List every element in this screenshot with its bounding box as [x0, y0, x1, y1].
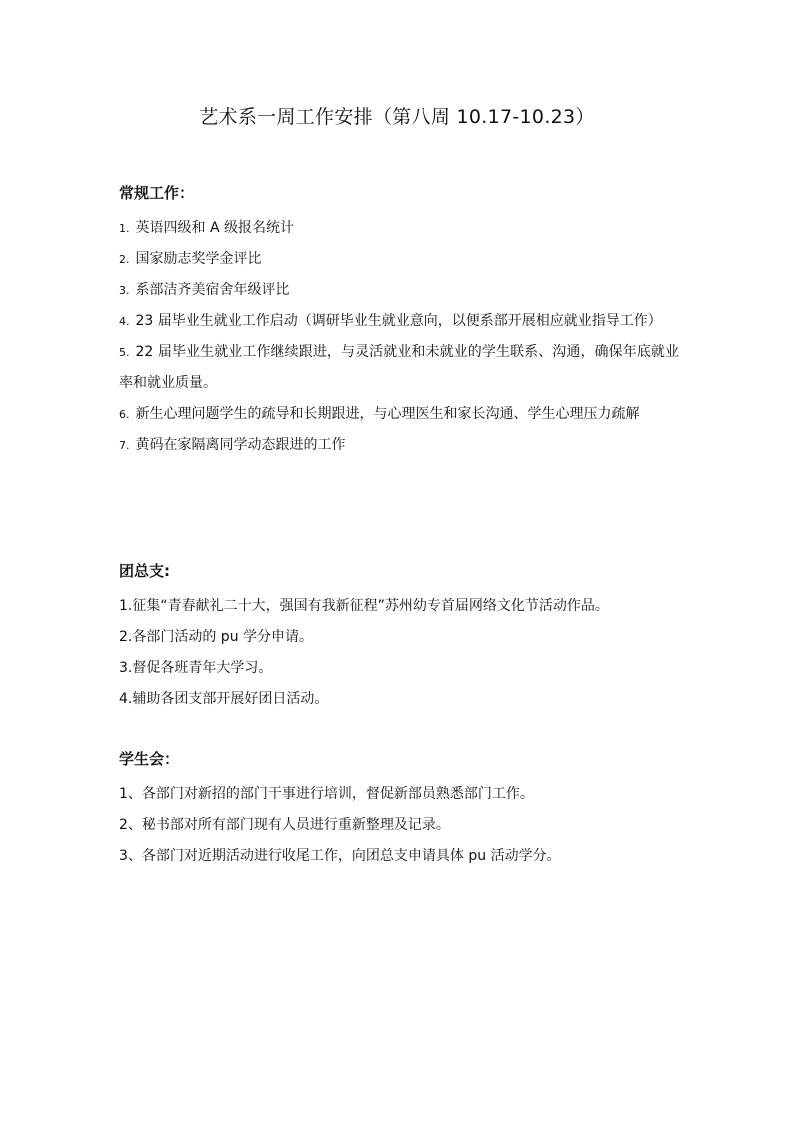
item-text: 23 届毕业生就业工作启动（调研毕业生就业意向，以便系部开展相应就业指导工作） [136, 313, 662, 329]
item-text: 秘书部对所有部门现有人员进行重新整理及记录。 [142, 817, 450, 833]
list-item: 6.新生心理问题学生的疏导和长期跟进，与心理医生和家长沟通、学生心理压力疏解 [119, 399, 679, 430]
section-youth-league: 团总支: 1.征集“青春献礼二十大，强国有我新征程”苏州幼专首届网络文化节活动作… [119, 561, 679, 715]
section-heading: 常规工作： [119, 183, 679, 203]
item-number: 4. [119, 306, 130, 337]
item-text: 新生心理问题学生的疏导和长期跟进，与心理医生和家长沟通、学生心理压力疏解 [136, 406, 640, 422]
item-text: 国家励志奖学金评比 [136, 251, 262, 267]
list-item: 4.23 届毕业生就业工作启动（调研毕业生就业意向，以便系部开展相应就业指导工作… [119, 306, 679, 337]
item-text: 英语四级和 A 级报名统计 [136, 220, 294, 236]
item-number: 3、 [119, 841, 142, 872]
list-item: 3.督促各班青年大学习。 [119, 653, 679, 684]
section-regular-work: 常规工作： 1.英语四级和 A 级报名统计 2.国家励志奖学金评比 3.系部洁齐… [119, 183, 679, 461]
list-item: 2、秘书部对所有部门现有人员进行重新整理及记录。 [119, 810, 679, 841]
item-number: 7. [119, 430, 130, 461]
section-heading: 学生会： [119, 749, 679, 769]
document-page: 艺术系一周工作安排（第八周 10.17-10.23） 常规工作： 1.英语四级和… [0, 0, 794, 1123]
item-number: 3. [119, 653, 132, 684]
item-text: 各部门对新招的部门干事进行培训，督促新部员熟悉部门工作。 [142, 786, 534, 802]
list-item: 1.征集“青春献礼二十大，强国有我新征程”苏州幼专首届网络文化节活动作品。 [119, 591, 679, 622]
item-text: 各部门活动的 pu 学分申请。 [132, 629, 313, 645]
item-number: 2. [119, 622, 132, 653]
list-item: 1.英语四级和 A 级报名统计 [119, 213, 679, 244]
item-text: 征集“青春献礼二十大，强国有我新征程”苏州幼专首届网络文化节活动作品。 [132, 598, 609, 614]
item-text: 辅助各团支部开展好团日活动。 [132, 691, 328, 707]
item-number: 5. [119, 337, 130, 368]
item-number: 1、 [119, 779, 142, 810]
document-title: 艺术系一周工作安排（第八周 10.17-10.23） [0, 104, 794, 130]
list-item: 2.国家励志奖学金评比 [119, 244, 679, 275]
section-heading: 团总支: [119, 561, 679, 581]
item-number: 6. [119, 399, 130, 430]
item-number: 2、 [119, 810, 142, 841]
item-text: 各部门对近期活动进行收尾工作，向团总支申请具体 pu 活动学分。 [142, 848, 561, 864]
list-item: 4.辅助各团支部开展好团日活动。 [119, 684, 679, 715]
list-item: 3.系部洁齐美宿舍年级评比 [119, 275, 679, 306]
item-text: 22 届毕业生就业工作继续跟进，与灵活就业和未就业的学生联系、沟通，确保年底就业… [119, 344, 679, 391]
list-item: 2.各部门活动的 pu 学分申请。 [119, 622, 679, 653]
list-item: 3、各部门对近期活动进行收尾工作，向团总支申请具体 pu 活动学分。 [119, 841, 679, 872]
item-number: 1. [119, 591, 132, 622]
list-item: 1、各部门对新招的部门干事进行培训，督促新部员熟悉部门工作。 [119, 779, 679, 810]
item-text: 系部洁齐美宿舍年级评比 [136, 282, 290, 298]
item-number: 1. [119, 213, 130, 244]
list-item: 5.22 届毕业生就业工作继续跟进，与灵活就业和未就业的学生联系、沟通，确保年底… [119, 337, 679, 399]
item-text: 督促各班青年大学习。 [132, 660, 272, 676]
item-text: 黄码在家隔离同学动态跟进的工作 [136, 437, 346, 453]
list-item: 7.黄码在家隔离同学动态跟进的工作 [119, 430, 679, 461]
item-number: 3. [119, 275, 130, 306]
item-number: 2. [119, 244, 130, 275]
item-number: 4. [119, 684, 132, 715]
section-student-union: 学生会： 1、各部门对新招的部门干事进行培训，督促新部员熟悉部门工作。 2、秘书… [119, 749, 679, 872]
